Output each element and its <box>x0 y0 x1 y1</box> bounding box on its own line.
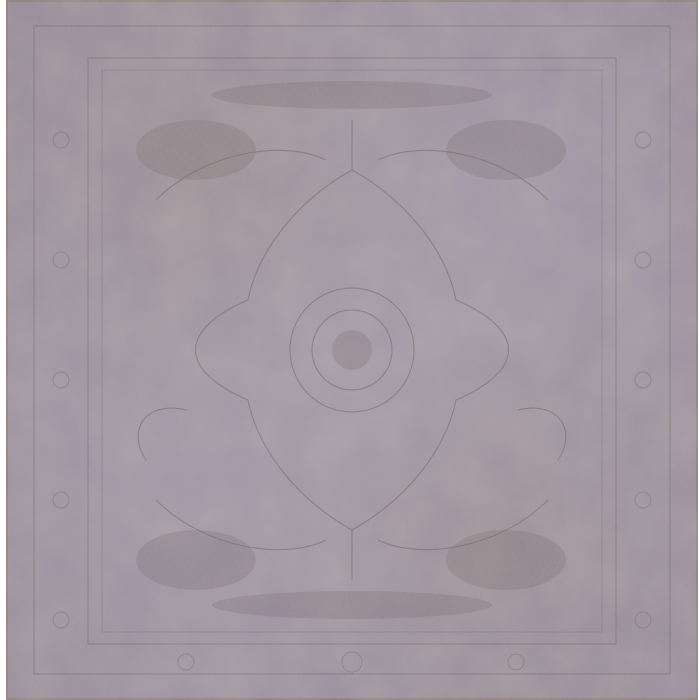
rug-photo <box>6 0 698 700</box>
rug-pattern <box>6 0 698 700</box>
weave-grain <box>6 0 698 700</box>
